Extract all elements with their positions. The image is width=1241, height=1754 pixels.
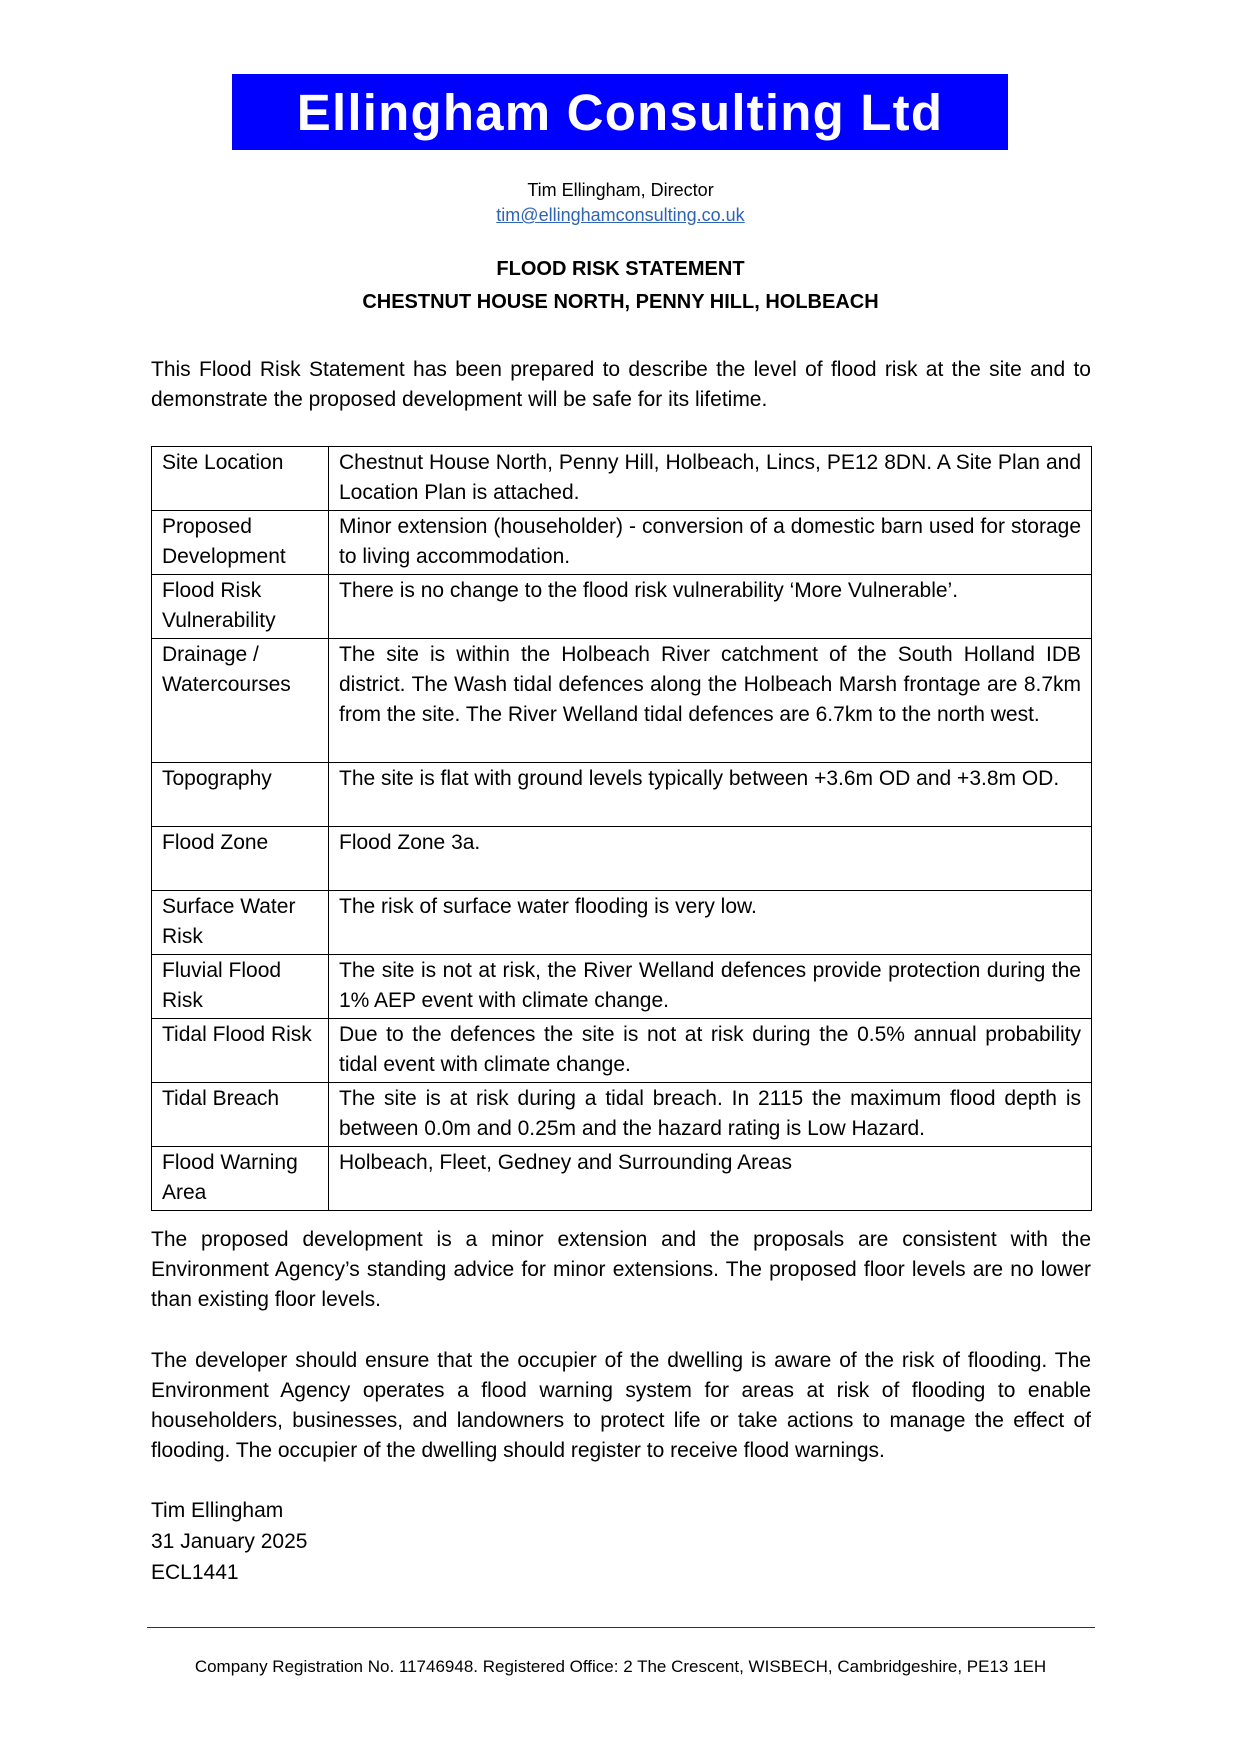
row-label: Fluvial Flood Risk: [152, 955, 329, 1019]
intro-paragraph: This Flood Risk Statement has been prepa…: [151, 355, 1091, 415]
row-label: Tidal Flood Risk: [152, 1019, 329, 1083]
email-line: tim@ellinghamconsulting.co.uk: [0, 205, 1241, 226]
body-paragraph-2: The developer should ensure that the occ…: [151, 1346, 1091, 1466]
row-label: Surface Water Risk: [152, 891, 329, 955]
document-subtitle: CHESTNUT HOUSE NORTH, PENNY HILL, HOLBEA…: [0, 291, 1241, 314]
table-row: Surface Water RiskThe risk of surface wa…: [152, 891, 1092, 955]
row-value: The risk of surface water flooding is ve…: [329, 891, 1092, 955]
table-row: Fluvial Flood RiskThe site is not at ris…: [152, 955, 1092, 1019]
row-label: Site Location: [152, 447, 329, 511]
company-name: Ellingham Consulting Ltd: [297, 83, 943, 142]
row-label: Tidal Breach: [152, 1083, 329, 1147]
row-label: Flood Warning Area: [152, 1147, 329, 1211]
body-paragraph-1: The proposed development is a minor exte…: [151, 1225, 1091, 1315]
table-row: Flood ZoneFlood Zone 3a.: [152, 827, 1092, 891]
row-label: Proposed Development: [152, 511, 329, 575]
row-value: The site is at risk during a tidal breac…: [329, 1083, 1092, 1147]
signature-name: Tim Ellingham: [151, 1495, 307, 1526]
table-row: TopographyThe site is flat with ground l…: [152, 763, 1092, 827]
table-row: Tidal Flood RiskDue to the defences the …: [152, 1019, 1092, 1083]
row-value: Due to the defences the site is not at r…: [329, 1019, 1092, 1083]
footer-divider: [147, 1627, 1095, 1628]
footer-text: Company Registration No. 11746948. Regis…: [0, 1657, 1241, 1677]
table-row: Flood Risk VulnerabilityThere is no chan…: [152, 575, 1092, 639]
flood-risk-table: Site LocationChestnut House North, Penny…: [151, 446, 1092, 1211]
signature-block: Tim Ellingham 31 January 2025 ECL1441: [151, 1495, 307, 1588]
table-row: Tidal BreachThe site is at risk during a…: [152, 1083, 1092, 1147]
table-row: Drainage / WatercoursesThe site is withi…: [152, 639, 1092, 763]
row-value: Minor extension (householder) - conversi…: [329, 511, 1092, 575]
row-value: Flood Zone 3a.: [329, 827, 1092, 891]
row-value: The site is within the Holbeach River ca…: [329, 639, 1092, 763]
email-link[interactable]: tim@ellinghamconsulting.co.uk: [496, 205, 744, 225]
row-value: There is no change to the flood risk vul…: [329, 575, 1092, 639]
row-label: Drainage / Watercourses: [152, 639, 329, 763]
row-value: Chestnut House North, Penny Hill, Holbea…: [329, 447, 1092, 511]
author-line: Tim Ellingham, Director: [0, 180, 1241, 201]
row-label: Flood Zone: [152, 827, 329, 891]
row-value: The site is not at risk, the River Wella…: [329, 955, 1092, 1019]
row-value: Holbeach, Fleet, Gedney and Surrounding …: [329, 1147, 1092, 1211]
row-value: The site is flat with ground levels typi…: [329, 763, 1092, 827]
signature-date: 31 January 2025: [151, 1526, 307, 1557]
table-row: Proposed DevelopmentMinor extension (hou…: [152, 511, 1092, 575]
row-label: Flood Risk Vulnerability: [152, 575, 329, 639]
document-title: FLOOD RISK STATEMENT: [0, 258, 1241, 281]
table-row: Site LocationChestnut House North, Penny…: [152, 447, 1092, 511]
signature-reference: ECL1441: [151, 1557, 307, 1588]
row-label: Topography: [152, 763, 329, 827]
company-banner: Ellingham Consulting Ltd: [232, 74, 1008, 150]
table-row: Flood Warning AreaHolbeach, Fleet, Gedne…: [152, 1147, 1092, 1211]
